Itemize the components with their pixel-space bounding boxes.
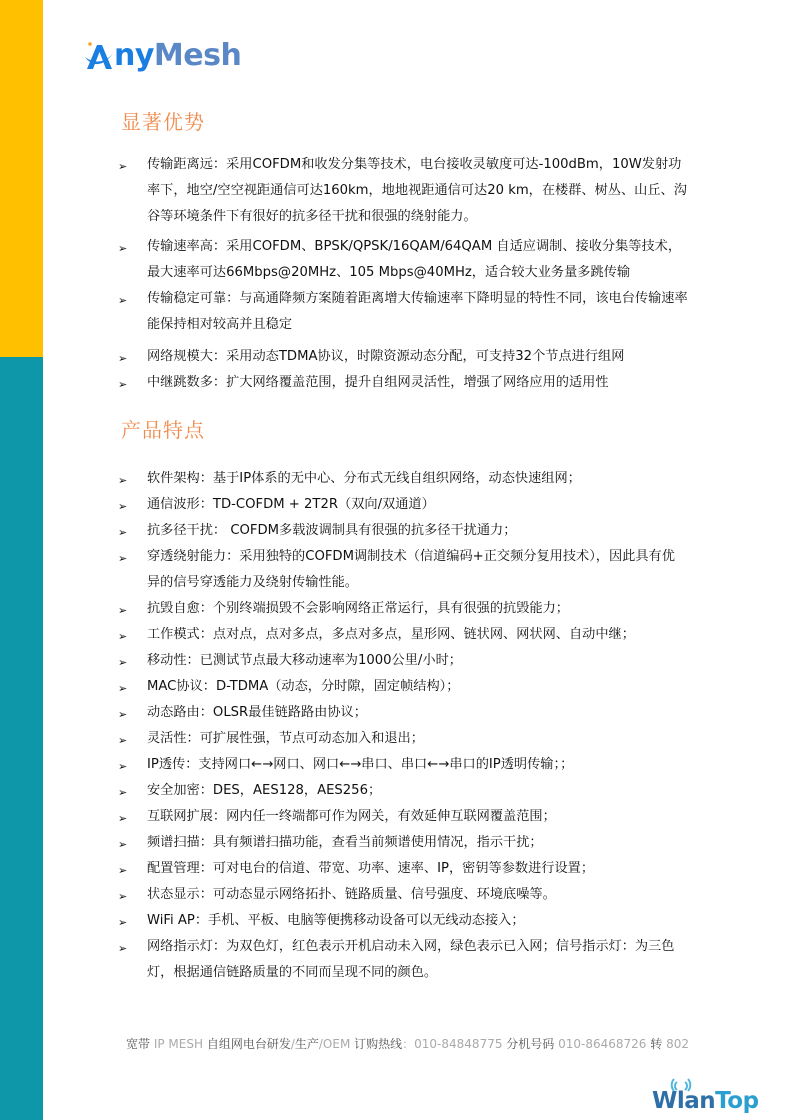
list-item: ➢ 网络指示灯：为双色灯，红色表示开机启动未入网，绿色表示已入网；信号指示灯：为… <box>118 934 688 986</box>
wlantop-logo: WlanTop <box>652 1080 762 1116</box>
list-item: ➢ 灵活性：可扩展性强，节点可动态加入和退出； <box>118 726 688 752</box>
section-title-advantages: 显著优势 <box>121 106 205 135</box>
list-item: ➢ 安全加密：DES，AES128，AES256； <box>118 778 688 804</box>
anymesh-logo-text: nyMesh <box>114 41 241 71</box>
arrow-bullet-icon: ➢ <box>118 731 127 751</box>
list-item: ➢ IP透传：支持网口←→网口、网口←→串口、串口←→串口的IP透明传输；； <box>118 752 688 778</box>
arrow-bullet-icon: ➢ <box>118 887 127 907</box>
list-item: ➢ 移动性：已测试节点最大移动速率为1000公里/小时； <box>118 648 688 674</box>
list-item: ➢ 中继跳数多：扩大网络覆盖范围，提升自组网灵活性，增强了网络应用的适用性 <box>118 370 688 396</box>
arrow-bullet-icon: ➢ <box>118 705 127 725</box>
arrow-bullet-icon: ➢ <box>118 679 127 699</box>
arrow-bullet-icon: ➢ <box>118 349 127 369</box>
arrow-bullet-icon: ➢ <box>118 861 127 881</box>
arrow-bullet-icon: ➢ <box>118 835 127 855</box>
section-title-features: 产品特点 <box>121 414 205 443</box>
list-item: ➢ 状态显示：可动态显示网络拓扑、链路质量、信号强度、环境底噪等。 <box>118 882 688 908</box>
side-bar-teal <box>0 357 43 1120</box>
list-item: ➢ 软件架构：基于IP体系的无中心、分布式无线自组织网络，动态快速组网； <box>118 466 688 492</box>
list-item: ➢ 穿透绕射能力：采用独特的COFDM调制技术（信道编码+正交频分复用技术），因… <box>118 544 688 596</box>
anymesh-logo-icon <box>84 39 114 73</box>
list-item: ➢ 互联网扩展：网内任一终端都可作为网关，有效延伸互联网覆盖范围； <box>118 804 688 830</box>
features-list: ➢ 软件架构：基于IP体系的无中心、分布式无线自组织网络，动态快速组网； ➢ 通… <box>118 466 688 986</box>
arrow-bullet-icon: ➢ <box>118 523 127 543</box>
arrow-bullet-icon: ➢ <box>118 913 127 933</box>
list-item: ➢ 抗毁自愈：个别终端损毁不会影响网络正常运行，具有很强的抗毁能力； <box>118 596 688 622</box>
list-item: ➢ 传输稳定可靠：与高通降频方案随着距离增大传输速率下降明显的特性不同，该电台传… <box>118 286 688 338</box>
arrow-bullet-icon: ➢ <box>118 783 127 803</box>
arrow-bullet-icon: ➢ <box>118 291 127 311</box>
list-item: ➢ 配置管理：可对电台的信道、带宽、功率、速率、IP，密钥等参数进行设置； <box>118 856 688 882</box>
list-item: ➢ 传输距离远：采用COFDM和收发分集等技术，电台接收灵敏度可达-100dBm… <box>118 152 688 230</box>
arrow-bullet-icon: ➢ <box>118 627 127 647</box>
arrow-bullet-icon: ➢ <box>118 375 127 395</box>
list-item: ➢ 工作模式：点对点，点对多点，多点对多点，星形网、链状网、网状网、自动中继； <box>118 622 688 648</box>
arrow-bullet-icon: ➢ <box>118 809 127 829</box>
arrow-bullet-icon: ➢ <box>118 549 127 569</box>
list-item: ➢ WiFi AP：手机、平板、电脑等便携移动设备可以无线动态接入； <box>118 908 688 934</box>
advantages-list: ➢ 传输距离远：采用COFDM和收发分集等技术，电台接收灵敏度可达-100dBm… <box>118 152 688 396</box>
list-item: ➢ 传输速率高：采用COFDM、BPSK/QPSK/16QAM/64QAM 自适… <box>118 234 688 286</box>
side-bar-yellow <box>0 0 43 357</box>
list-item: ➢ MAC协议：D-TDMA（动态，分时隙，固定帧结构）； <box>118 674 688 700</box>
list-item: ➢ 网络规模大：采用动态TDMA协议，时隙资源动态分配，可支持32个节点进行组网 <box>118 344 688 370</box>
arrow-bullet-icon: ➢ <box>118 757 127 777</box>
arrow-bullet-icon: ➢ <box>118 239 127 259</box>
list-item: ➢ 通信波形：TD-COFDM + 2T2R（双向/双通道） <box>118 492 688 518</box>
list-item: ➢ 频谱扫描：具有频谱扫描功能，查看当前频谱使用情况，指示干扰； <box>118 830 688 856</box>
wlantop-logo-text: WlanTop <box>652 1090 759 1113</box>
side-color-bar <box>0 0 43 1120</box>
arrow-bullet-icon: ➢ <box>118 497 127 517</box>
arrow-bullet-icon: ➢ <box>118 471 127 491</box>
list-item: ➢ 抗多径干扰： COFDM多载波调制具有很强的抗多径干扰通力； <box>118 518 688 544</box>
arrow-bullet-icon: ➢ <box>118 157 127 177</box>
list-item: ➢ 动态路由：OLSR最佳链路路由协议； <box>118 700 688 726</box>
footer-contact: 宽带 IP MESH 自组网电台研发/生产/OEM 订购热线：010-84848… <box>126 1035 689 1052</box>
anymesh-logo: nyMesh <box>84 36 241 76</box>
arrow-bullet-icon: ➢ <box>118 653 127 673</box>
arrow-bullet-icon: ➢ <box>118 939 127 959</box>
arrow-bullet-icon: ➢ <box>118 601 127 621</box>
